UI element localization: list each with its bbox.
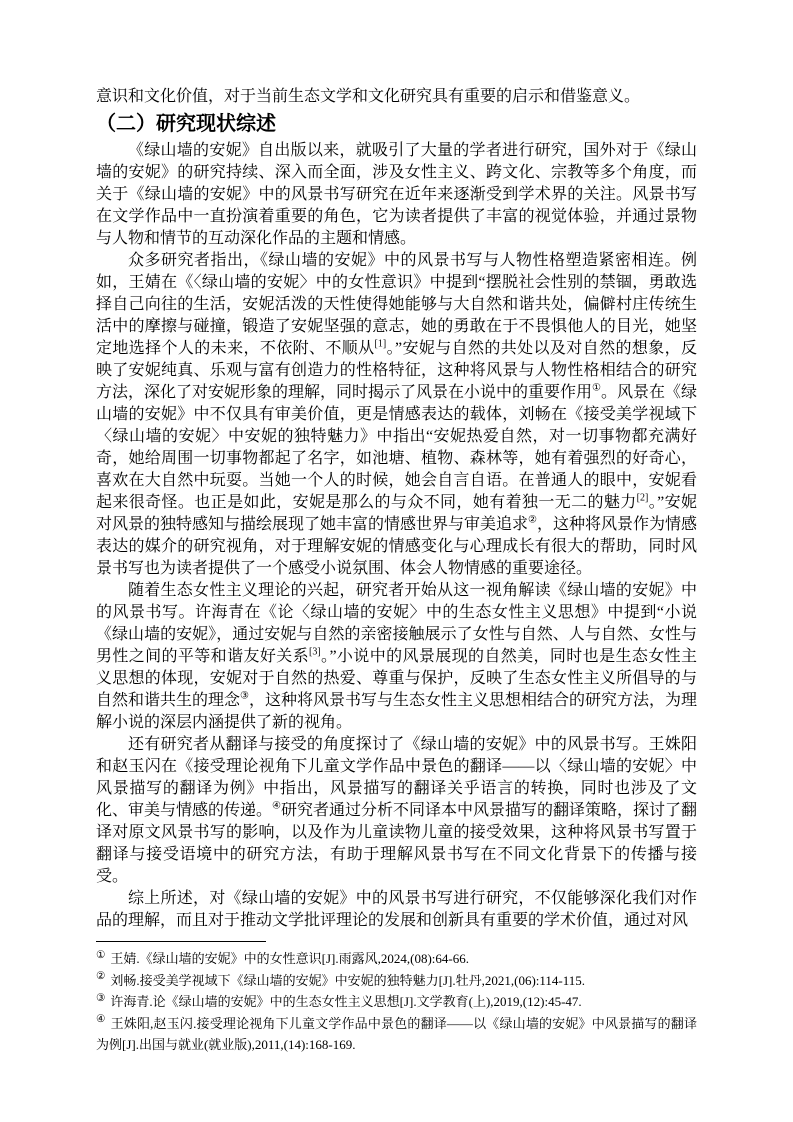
footnote-ref: ① xyxy=(592,383,601,394)
footnote-ref: [2] xyxy=(637,493,649,504)
paragraph: 众多研究者指出，《绿山墙的安妮》中的风景书写与人物性格塑造紧密相连。例如，王婧在… xyxy=(96,250,697,580)
footnote-text: 王姝阳,赵玉闪.接受理论视角下儿童文学作品中景色的翻译——以《绿山墙的安妮》中风… xyxy=(96,1016,697,1053)
footnote-text: 许海青.论《绿山墙的安妮》中的生态女性主义思想[J].文学教育(上),2019,… xyxy=(110,994,581,1009)
footnote-separator xyxy=(96,941,266,942)
document-page: 意识和文化价值，对于当前生态文学和文化研究具有重要的启示和借鉴意义。 （二）研究… xyxy=(0,0,793,1122)
footnote-item: ③许海青.论《绿山墙的安妮》中的生态女性主义思想[J].文学教育(上),2019… xyxy=(96,991,697,1013)
footnote-marker: ④ xyxy=(96,1014,106,1025)
footnote-marker: ③ xyxy=(96,993,105,1004)
paragraph: 还有研究者从翻译与接受的角度探讨了《绿山墙的安妮》中的风景书写。王姝阳和赵玉闪在… xyxy=(96,734,697,888)
footnote-marker: ② xyxy=(96,971,105,982)
footnote-item: ④王姝阳,赵玉闪.接受理论视角下儿童文学作品中景色的翻译——以《绿山墙的安妮》中… xyxy=(96,1013,697,1056)
continuation-paragraph: 意识和文化价值，对于当前生态文学和文化研究具有重要的启示和借鉴意义。 xyxy=(96,86,697,108)
paragraph: 《绿山墙的安妮》自出版以来，就吸引了大量的学者进行研究，国外对于《绿山墙的安妮》… xyxy=(96,140,697,250)
body-text-run: 综上所述，对《绿山墙的安妮》中的风景书写进行研究，不仅能够深化我们对作品的理解，… xyxy=(96,890,697,929)
footnote-ref: ④ xyxy=(272,801,281,812)
body-text-run: 《绿山墙的安妮》自出版以来，就吸引了大量的学者进行研究，国外对于《绿山墙的安妮》… xyxy=(96,142,697,247)
footnotes: ①王婧.《绿山墙的安妮》中的女性意识[J].雨露风,2024,(08):64-6… xyxy=(96,948,697,1056)
paragraph: 随着生态女性主义理论的兴起，研究者开始从这一视角解读《绿山墙的安妮》中的风景书写… xyxy=(96,580,697,734)
footnote-ref: [1] xyxy=(375,339,387,350)
footnote-item: ②刘畅.接受美学视域下《绿山墙的安妮》中安妮的独特魅力[J].牡丹,2021,(… xyxy=(96,970,697,992)
paragraph: 综上所述，对《绿山墙的安妮》中的风景书写进行研究，不仅能够深化我们对作品的理解，… xyxy=(96,888,697,932)
body-text-run: 。风景在《绿山墙的安妮》中不仅具有审美价值，更是情感表达的载体，刘畅在《接受美学… xyxy=(96,384,697,511)
body-paragraphs: 《绿山墙的安妮》自出版以来，就吸引了大量的学者进行研究，国外对于《绿山墙的安妮》… xyxy=(96,140,697,932)
footnote-text: 王婧.《绿山墙的安妮》中的女性意识[J].雨露风,2024,(08):64-66… xyxy=(110,951,469,966)
section-heading: （二）研究现状综述 xyxy=(96,109,697,139)
footnote-ref: ② xyxy=(528,515,537,526)
footnote-text: 刘畅.接受美学视域下《绿山墙的安妮》中安妮的独特魅力[J].牡丹,2021,(0… xyxy=(110,973,585,988)
footnote-ref: [3] xyxy=(309,647,321,658)
footnote-item: ①王婧.《绿山墙的安妮》中的女性意识[J].雨露风,2024,(08):64-6… xyxy=(96,948,697,970)
footnote-marker: ① xyxy=(96,950,105,961)
footnote-ref: ③ xyxy=(240,691,249,702)
